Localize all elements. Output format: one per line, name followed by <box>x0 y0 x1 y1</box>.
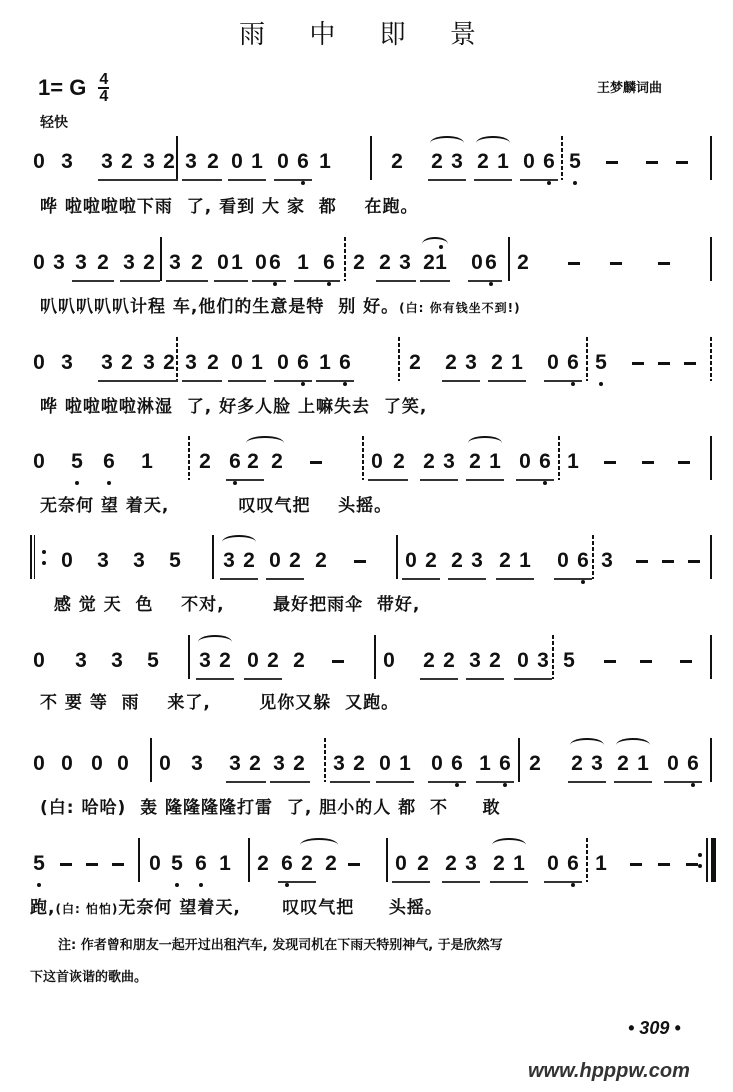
note: 5 <box>30 850 48 878</box>
sustain-dash <box>658 362 670 365</box>
note: 2 <box>290 750 308 778</box>
slur-arc <box>476 136 510 150</box>
note: 1 <box>316 349 334 377</box>
barline <box>176 136 178 180</box>
note: 0 <box>402 547 420 575</box>
sustain-dash <box>688 560 700 563</box>
time-signature: 4 4 <box>98 72 109 104</box>
eighth-note-underline <box>196 678 234 680</box>
octave-low-dot <box>599 382 603 386</box>
barline <box>710 436 712 480</box>
note: 3 <box>120 249 138 277</box>
note: 5 <box>144 647 162 675</box>
eighth-note-underline <box>520 179 558 181</box>
barline <box>386 838 388 882</box>
slur-arc <box>246 436 284 450</box>
barline <box>710 738 712 782</box>
barline <box>710 237 712 281</box>
sustain-dash <box>606 161 618 164</box>
sustain-dash <box>348 863 360 866</box>
sustain-dash <box>60 863 72 866</box>
note: 2 <box>488 349 506 377</box>
note: 1 <box>228 249 246 277</box>
barline <box>396 535 398 579</box>
eighth-note-underline <box>226 479 264 481</box>
note: 3 <box>270 750 288 778</box>
note: 3 <box>182 349 200 377</box>
octave-low-dot <box>571 883 575 887</box>
lyric-text: (白: 哈哈) 轰 隆隆隆隆打雷 了, 胆小的人 都 不 敢 <box>40 798 501 818</box>
note: 0 <box>30 249 48 277</box>
staff-system-8: 505612622022321061 <box>30 850 712 886</box>
note: 2 <box>244 448 262 476</box>
note: 3 <box>72 249 90 277</box>
note: 1 <box>486 448 504 476</box>
eighth-note-underline <box>166 280 208 282</box>
note: 3 <box>166 249 184 277</box>
note: 0 <box>228 148 246 176</box>
eighth-note-underline <box>544 881 582 883</box>
note: 3 <box>58 349 76 377</box>
repeat-start-barline <box>30 535 32 579</box>
note: 2 <box>490 850 508 878</box>
barline <box>138 838 140 882</box>
lyric-text: 哗 啦啦啦啦淋湿 了, 好多人脸 上嘛失去 了笑, <box>40 397 427 417</box>
eighth-note-underline <box>420 479 458 481</box>
barline <box>508 237 510 281</box>
note: 3 <box>462 850 480 878</box>
barline <box>344 237 346 281</box>
barline <box>176 337 178 381</box>
octave-low-dot <box>285 883 289 887</box>
note: 3 <box>396 249 414 277</box>
note: 0 <box>58 750 76 778</box>
octave-low-dot <box>543 481 547 485</box>
lyric-text-continued: 无奈何 望着天, 叹叹气把 头摇。 <box>118 898 442 918</box>
note: 2 <box>388 148 406 176</box>
lyric-line-2: 叭叭叭叭叭计程 车,他们的生意是特 别 好。(白: 你有钱坐不到!) <box>40 292 720 317</box>
note: 1 <box>634 750 652 778</box>
eighth-note-underline <box>214 280 248 282</box>
note: 1 <box>432 249 450 277</box>
sustain-dash <box>658 262 670 265</box>
octave-low-dot <box>75 481 79 485</box>
barline <box>370 136 372 180</box>
lyric-text: 无奈何 望 着天, 叹叹气把 头摇。 <box>40 496 392 516</box>
note: 2 <box>290 647 308 675</box>
eighth-note-underline <box>476 781 514 783</box>
note: 6 <box>536 448 554 476</box>
note: 0 <box>58 547 76 575</box>
note: 0 <box>88 750 106 778</box>
note: 3 <box>598 547 616 575</box>
sustain-dash <box>676 161 688 164</box>
note: 3 <box>534 647 552 675</box>
note: 5 <box>168 850 186 878</box>
tempo-marking: 轻快 <box>40 112 68 132</box>
note: 0 <box>114 750 132 778</box>
note: 2 <box>440 647 458 675</box>
barline <box>518 738 520 782</box>
eighth-note-underline <box>428 781 466 783</box>
note: 0 <box>274 148 292 176</box>
note: 2 <box>428 148 446 176</box>
staff-system-6: 03353202202232035 <box>30 647 712 683</box>
note: 0 <box>664 750 682 778</box>
note: 2 <box>298 850 316 878</box>
barline <box>558 436 560 480</box>
note: 1 <box>216 850 234 878</box>
note: 6 <box>496 750 514 778</box>
note: 2 <box>390 448 408 476</box>
lyric-line-8: 跑,(白: 怕怕)无奈何 望着天, 叹叹气把 头摇。 <box>30 893 710 918</box>
lyric-text: 不 要 等 雨 来了, 见你又躲 又跑。 <box>40 693 399 713</box>
sustain-dash <box>684 362 696 365</box>
note: 2 <box>514 249 532 277</box>
note: 3 <box>226 750 244 778</box>
sustain-dash <box>86 863 98 866</box>
note: 2 <box>188 249 206 277</box>
eighth-note-underline <box>614 781 652 783</box>
eighth-note-underline <box>490 881 528 883</box>
eighth-note-underline <box>252 280 286 282</box>
sustain-dash <box>354 560 366 563</box>
sustain-dash <box>642 461 654 464</box>
eighth-note-underline <box>330 781 370 783</box>
note: 2 <box>466 448 484 476</box>
spoken-aside: (白: 怕怕) <box>55 902 118 916</box>
note: 6 <box>294 349 312 377</box>
eighth-note-underline <box>554 578 592 580</box>
note: 5 <box>592 349 610 377</box>
eighth-note-underline <box>120 280 160 282</box>
eighth-note-underline <box>220 578 258 580</box>
note: 3 <box>448 148 466 176</box>
eighth-note-underline <box>466 678 504 680</box>
barline <box>374 635 376 679</box>
time-signature-bottom: 4 <box>99 89 108 104</box>
repeat-end-thick-barline <box>711 838 716 882</box>
footnote-line-2: 下这首诙谐的歌曲。 <box>30 962 710 994</box>
barline <box>150 738 152 782</box>
barline <box>592 535 594 579</box>
eighth-note-underline <box>274 380 312 382</box>
note: 2 <box>264 647 282 675</box>
slur-arc <box>222 535 256 549</box>
note: 3 <box>330 750 348 778</box>
note: 3 <box>196 647 214 675</box>
sustain-dash <box>640 660 652 663</box>
lyric-line-1: 哗 啦啦啦啦下雨 了, 看到 大 家 都 在跑。 <box>40 192 720 217</box>
note: 2 <box>204 349 222 377</box>
barline <box>188 635 190 679</box>
sustain-dash <box>630 863 642 866</box>
note: 0 <box>30 750 48 778</box>
note: 2 <box>118 148 136 176</box>
note: 2 <box>442 850 460 878</box>
sustain-dash <box>658 863 670 866</box>
note: 2 <box>216 647 234 675</box>
barline <box>324 738 326 782</box>
note: 3 <box>98 349 116 377</box>
note: 2 <box>496 547 514 575</box>
slur-arc <box>616 738 650 752</box>
note: 0 <box>544 349 562 377</box>
sustain-dash <box>604 461 616 464</box>
eighth-note-underline <box>420 678 458 680</box>
staff-system-4: 05612622022321061 <box>30 448 712 484</box>
staff-system-1: 033232320106122321065 <box>30 148 712 184</box>
eighth-note-underline <box>544 380 582 382</box>
barline <box>710 136 712 180</box>
barline <box>248 838 250 882</box>
lyric-line-3: 哗 啦啦啦啦淋湿 了, 好多人脸 上嘛失去 了笑, <box>40 392 720 417</box>
note: 0 <box>428 750 446 778</box>
note: 2 <box>204 148 222 176</box>
note: 3 <box>94 547 112 575</box>
note: 3 <box>188 750 206 778</box>
octave-low-dot <box>489 282 493 286</box>
octave-low-dot <box>573 181 577 185</box>
note: 3 <box>140 349 158 377</box>
eighth-note-underline <box>316 380 354 382</box>
eighth-note-underline <box>496 578 534 580</box>
note: 3 <box>98 148 116 176</box>
eighth-note-underline <box>442 881 480 883</box>
eighth-note-underline <box>228 380 266 382</box>
note: 6 <box>266 249 284 277</box>
staff-system-7: 0000033232320106162232106 <box>30 750 712 786</box>
sustain-dash <box>332 660 344 663</box>
barline <box>710 535 712 579</box>
eighth-note-underline <box>392 881 430 883</box>
note: 2 <box>414 850 432 878</box>
sustain-dash <box>680 660 692 663</box>
note: 6 <box>564 850 582 878</box>
eighth-note-underline <box>466 479 504 481</box>
note: 2 <box>420 647 438 675</box>
note: 3 <box>466 647 484 675</box>
note: 6 <box>564 349 582 377</box>
note: 3 <box>440 448 458 476</box>
barline <box>586 838 588 882</box>
slur-arc <box>492 838 526 852</box>
note: 0 <box>392 850 410 878</box>
barline <box>561 136 563 180</box>
note: 6 <box>482 249 500 277</box>
note: 2 <box>118 349 136 377</box>
note: 2 <box>240 547 258 575</box>
sustain-dash <box>568 262 580 265</box>
eighth-note-underline <box>428 179 466 181</box>
note: 0 <box>520 148 538 176</box>
octave-low-dot <box>175 883 179 887</box>
note: 3 <box>140 148 158 176</box>
note: 1 <box>516 547 534 575</box>
octave-low-dot <box>455 783 459 787</box>
note: 2 <box>614 750 632 778</box>
barline <box>212 535 214 579</box>
sustain-dash <box>610 262 622 265</box>
sustain-dash <box>662 560 674 563</box>
eighth-note-underline <box>568 781 606 783</box>
note: 3 <box>462 349 480 377</box>
lyric-text: 感 觉 天 色 不对, 最好把雨伞 带好, <box>40 595 420 615</box>
note: 3 <box>130 547 148 575</box>
repeat-dots <box>42 550 46 572</box>
octave-low-dot <box>301 181 305 185</box>
eighth-note-underline <box>516 479 554 481</box>
octave-low-dot <box>107 481 111 485</box>
note: 1 <box>494 148 512 176</box>
eighth-note-underline <box>140 380 178 382</box>
note: 3 <box>182 148 200 176</box>
note: 3 <box>72 647 90 675</box>
eighth-note-underline <box>488 380 526 382</box>
eighth-note-underline <box>664 781 702 783</box>
eighth-note-underline <box>182 179 222 181</box>
note: 6 <box>448 750 466 778</box>
note: 2 <box>268 448 286 476</box>
note: 5 <box>560 647 578 675</box>
eighth-note-underline <box>270 781 310 783</box>
lyric-text: 跑, <box>30 898 55 918</box>
octave-low-dot <box>327 282 331 286</box>
note: 2 <box>422 547 440 575</box>
spoken-aside: (白: 你有钱坐不到!) <box>399 301 520 315</box>
eighth-note-underline <box>72 280 114 282</box>
eighth-note-underline <box>376 781 414 783</box>
eighth-note-underline <box>442 380 480 382</box>
note: 2 <box>350 750 368 778</box>
note: 2 <box>140 249 158 277</box>
barline <box>188 436 190 480</box>
barline <box>398 337 400 381</box>
note: 2 <box>376 249 394 277</box>
note: 6 <box>540 148 558 176</box>
note: 0 <box>516 448 534 476</box>
eighth-note-underline <box>278 881 316 883</box>
composer-credit: 王梦麟词曲 <box>597 77 662 96</box>
barline <box>160 237 162 281</box>
note: 2 <box>94 249 112 277</box>
eighth-note-underline <box>376 280 416 282</box>
note: 2 <box>442 349 460 377</box>
note: 1 <box>592 850 610 878</box>
note: 2 <box>322 850 340 878</box>
note: 2 <box>350 249 368 277</box>
note: 6 <box>100 448 118 476</box>
sustain-dash <box>604 660 616 663</box>
slur-arc <box>430 136 464 150</box>
note: 2 <box>448 547 466 575</box>
note: 3 <box>468 547 486 575</box>
slur-arc <box>198 635 232 649</box>
note: 6 <box>336 349 354 377</box>
barline <box>710 635 712 679</box>
note: 1 <box>508 349 526 377</box>
eighth-note-underline <box>468 280 502 282</box>
lyric-text: 哗 啦啦啦啦下雨 了, 看到 大 家 都 在跑。 <box>40 197 418 217</box>
lyric-line-4: 无奈何 望 着天, 叹叹气把 头摇。 <box>40 491 720 516</box>
key-signature: 1= G 4 4 <box>38 72 109 104</box>
note: 0 <box>30 647 48 675</box>
sustain-dash <box>310 461 322 464</box>
note: 0 <box>228 349 246 377</box>
note: 2 <box>420 448 438 476</box>
note: 2 <box>312 547 330 575</box>
eighth-note-underline <box>182 380 222 382</box>
note: 0 <box>266 547 284 575</box>
note: 0 <box>554 547 572 575</box>
sustain-dash <box>678 461 690 464</box>
barline <box>710 337 712 381</box>
eighth-note-underline <box>474 179 512 181</box>
note: 0 <box>30 148 48 176</box>
note: 0 <box>146 850 164 878</box>
note: 2 <box>474 148 492 176</box>
note: 6 <box>320 249 338 277</box>
note: 1 <box>476 750 494 778</box>
note: 3 <box>50 249 68 277</box>
note: 2 <box>196 448 214 476</box>
note: 6 <box>684 750 702 778</box>
barline <box>586 337 588 381</box>
eighth-note-underline <box>266 578 304 580</box>
eighth-note-underline <box>420 280 450 282</box>
octave-low-dot <box>571 382 575 386</box>
note: 0 <box>244 647 262 675</box>
slur-arc <box>422 237 448 251</box>
note: 6 <box>226 448 244 476</box>
note: 0 <box>156 750 174 778</box>
lyric-line-5: 感 觉 天 色 不对, 最好把雨伞 带好, <box>40 590 720 615</box>
sustain-dash <box>112 863 124 866</box>
note: 6 <box>278 850 296 878</box>
lyric-text: 叭叭叭叭叭计程 车,他们的生意是特 别 好。 <box>40 297 399 317</box>
note: 0 <box>274 349 292 377</box>
note: 2 <box>246 750 264 778</box>
octave-low-dot <box>503 783 507 787</box>
note: 0 <box>30 349 48 377</box>
repeat-dots <box>698 853 702 875</box>
sustain-dash <box>646 161 658 164</box>
note: 3 <box>220 547 238 575</box>
note: 2 <box>286 547 304 575</box>
note: 1 <box>294 249 312 277</box>
note: 6 <box>192 850 210 878</box>
octave-low-dot <box>199 883 203 887</box>
octave-low-dot <box>273 282 277 286</box>
eighth-note-underline <box>402 578 440 580</box>
note: 1 <box>396 750 414 778</box>
eighth-note-underline <box>226 781 266 783</box>
note: 0 <box>544 850 562 878</box>
note: 2 <box>486 647 504 675</box>
key-label: 1= G <box>38 75 86 101</box>
note: 5 <box>166 547 184 575</box>
octave-low-dot <box>233 481 237 485</box>
note: 0 <box>30 448 48 476</box>
staff-system-3: 0332323201061622321065 <box>30 349 712 385</box>
sustain-dash <box>686 863 698 866</box>
eighth-note-underline <box>244 678 282 680</box>
lyric-line-6: 不 要 等 雨 来了, 见你又躲 又跑。 <box>40 688 720 713</box>
note: 5 <box>566 148 584 176</box>
octave-low-dot <box>691 783 695 787</box>
note: 2 <box>568 750 586 778</box>
eighth-note-underline <box>368 479 408 481</box>
